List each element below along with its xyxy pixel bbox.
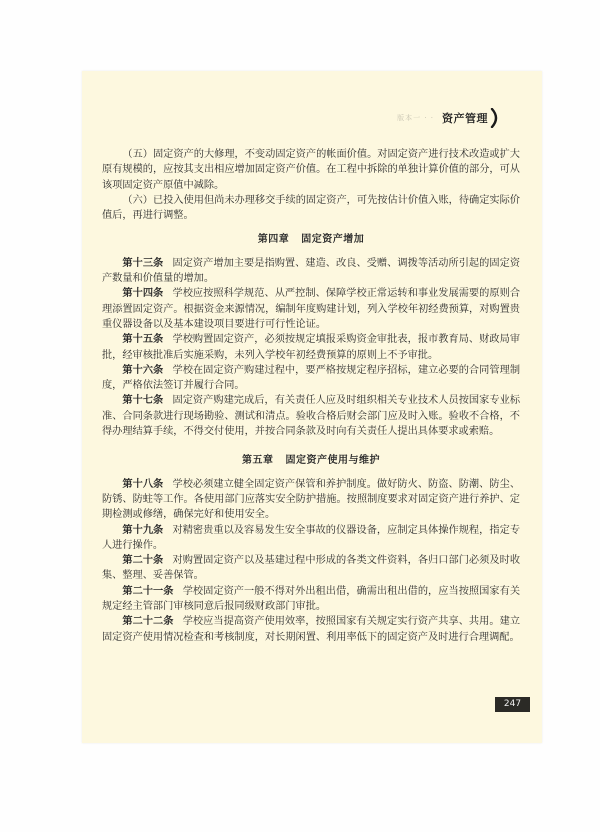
chapter-5-title: 固定资产使用与维护: [286, 455, 381, 466]
chapter-5-heading: 第五章固定资产使用与维护: [102, 453, 520, 468]
chapter-5-number: 第五章: [242, 455, 274, 466]
article-text: 固定资产购建完成后，有关责任人应及时组织相关专业技术人员按国家专业标准、合同条款…: [102, 395, 520, 437]
article-label: 第十六条: [122, 365, 163, 376]
article-17: 第十七条固定资产购建完成后，有关责任人应及时组织相关专业技术人员按国家专业标准、…: [102, 393, 520, 439]
article-text: 对精密贵重以及容易发生安全事故的仪器设备，应制定具体操作规程，指定专人进行操作。: [102, 525, 520, 551]
article-text: 学校应按照科学规范、从严控制、保障学校正常运转和事业发展需要的原则合理添置固定资…: [102, 288, 520, 330]
chapter-4-number: 第四章: [258, 234, 290, 245]
running-header: 版本一 · · 资产管理: [397, 107, 500, 129]
article-15: 第十五条学校购置固定资产，必须按规定填报采购资金审批表，报市教育局、财政局审批，…: [102, 332, 520, 363]
article-18: 第十八条学校必须建立健全固定资产保管和养护制度。做好防火、防盗、防潮、防尘、防锈…: [102, 477, 520, 523]
article-19: 第十九条对精密贵重以及容易发生安全事故的仪器设备，应制定具体操作规程，指定专人进…: [102, 523, 520, 554]
chapter-4-heading: 第四章固定资产增加: [102, 232, 520, 247]
chapter-4-title: 固定资产增加: [301, 234, 364, 245]
article-text: 学校在固定资产购建过程中，要严格按规定程序招标，建立必要的合同管理制度，严格依法…: [102, 365, 520, 391]
article-label: 第十九条: [122, 525, 163, 536]
article-text: 固定资产增加主要是指购置、建造、改良、受赠、调拨等活动所引起的固定资产数量和价值…: [102, 258, 520, 284]
article-16: 第十六条学校在固定资产购建过程中，要严格按规定程序招标，建立必要的合同管理制度，…: [102, 363, 520, 394]
article-22: 第二十二条学校应当提高资产使用效率，按照国家有关规定实行资产共享、共用。建立固定…: [102, 614, 520, 645]
book-page: 版本一 · · 资产管理 （五）固定资产的大修理，不变动固定资产的帐面价值。对固…: [82, 71, 542, 743]
paragraph-5: （五）固定资产的大修理，不变动固定资产的帐面价值。对固定资产进行技术改造或扩大原…: [102, 147, 520, 193]
article-21: 第二十一条学校固定资产一般不得对外出租出借，确需出租出借的，应当按照国家有关规定…: [102, 584, 520, 615]
header-bleed-text: 版本一 · ·: [397, 113, 434, 123]
article-14: 第十四条学校应按照科学规范、从严控制、保障学校正常运转和事业发展需要的原则合理添…: [102, 286, 520, 332]
article-text: 学校必须建立健全固定资产保管和养护制度。做好防火、防盗、防潮、防尘、防锈、防蛀等…: [102, 479, 520, 521]
article-label: 第十七条: [122, 395, 163, 406]
page-number: 247: [495, 697, 530, 712]
paragraph-6: （六）已投入使用但尚未办理移交手续的固定资产，可先按估计价值入账，待确定实际价值…: [102, 193, 520, 224]
article-label: 第十五条: [122, 334, 163, 345]
article-label: 第十四条: [122, 288, 163, 299]
article-20: 第二十条对购置固定资产以及基建过程中形成的各类文件资料，各归口部门必须及时收集、…: [102, 553, 520, 584]
page-body: （五）固定资产的大修理，不变动固定资产的帐面价值。对固定资产进行技术改造或扩大原…: [102, 147, 520, 645]
article-13: 第十三条固定资产增加主要是指购置、建造、改良、受赠、调拨等活动所引起的固定资产数…: [102, 256, 520, 287]
article-text: 对购置固定资产以及基建过程中形成的各类文件资料，各归口部门必须及时收集、整理、妥…: [102, 555, 520, 581]
article-text: 学校购置固定资产，必须按规定填报采购资金审批表，报市教育局、财政局审批，经审核批…: [102, 334, 520, 360]
article-label: 第二十一条: [122, 586, 173, 597]
article-label: 第二十条: [122, 555, 163, 566]
article-label: 第十三条: [122, 258, 163, 269]
header-title: 资产管理: [442, 110, 488, 126]
article-label: 第十八条: [122, 479, 163, 490]
header-arc-icon: [490, 108, 500, 128]
article-label: 第二十二条: [122, 616, 173, 627]
